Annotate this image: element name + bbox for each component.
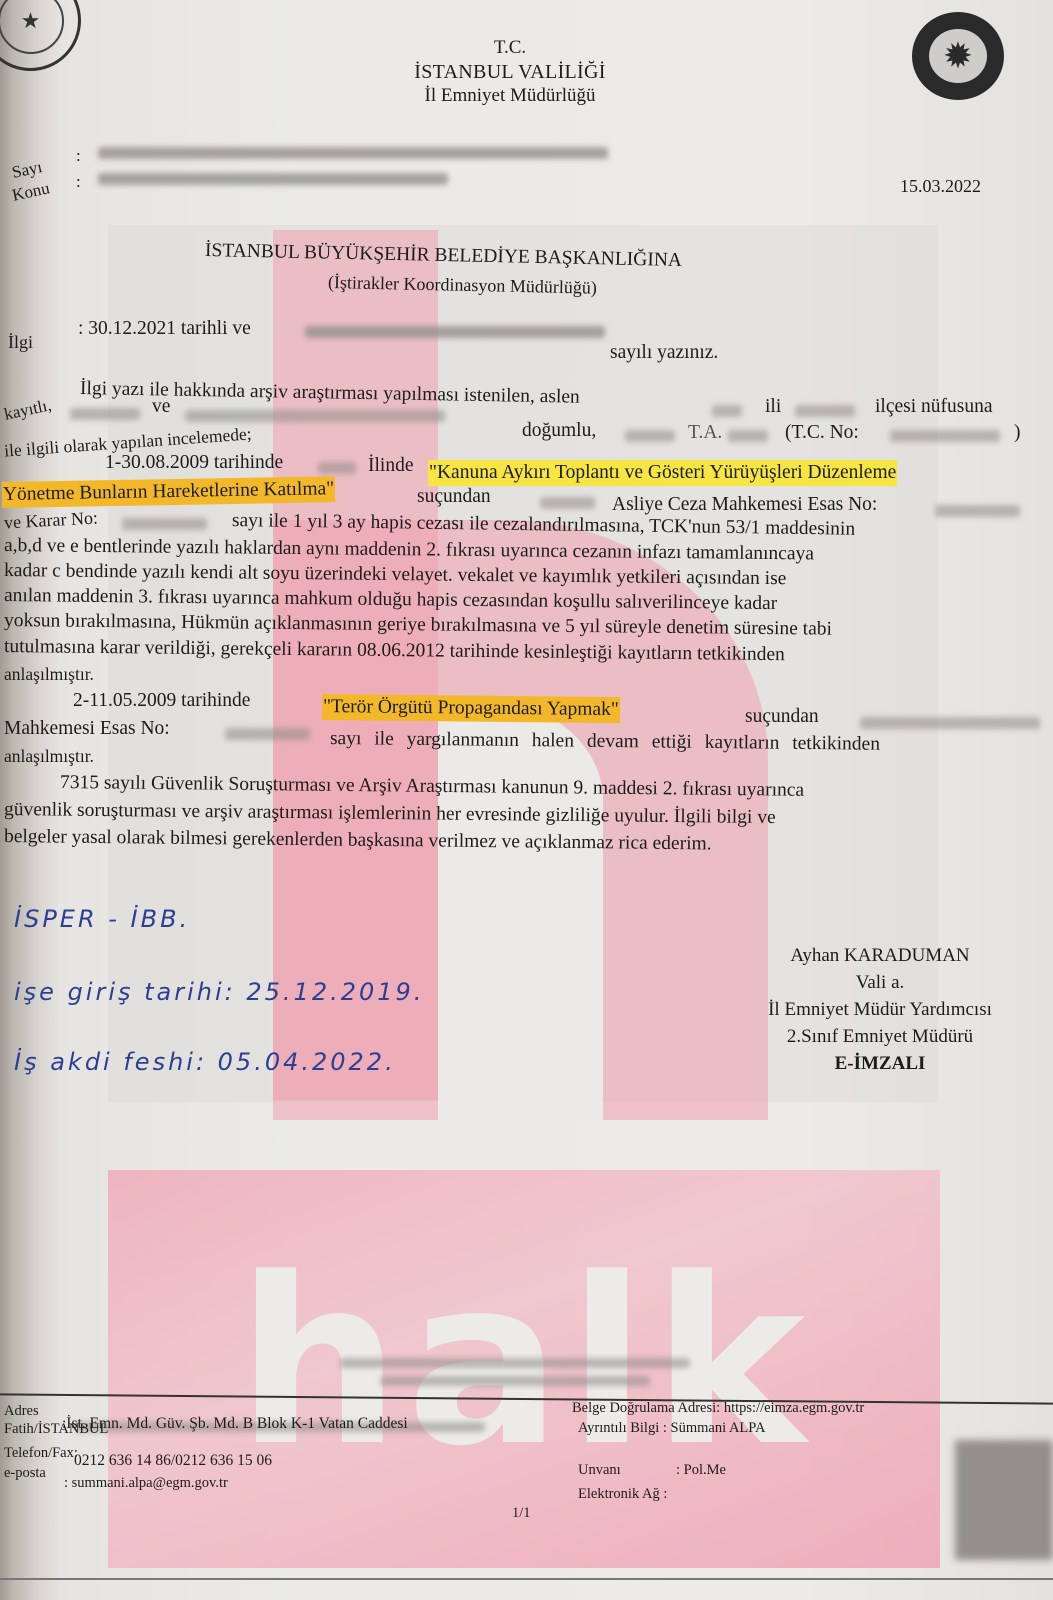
watermark-h-arch-gap <box>438 700 603 1120</box>
body-word: ve <box>152 396 170 418</box>
title-label: Unvanı <box>578 1462 621 1479</box>
signer-name: Ayhan KARADUMAN <box>710 942 1050 969</box>
signature-block: Ayhan KARADUMAN Vali a. İl Emniyet Müdür… <box>710 942 1050 1077</box>
detail-value: Sümmani ALPA <box>671 1420 766 1436</box>
redacted-city <box>712 405 742 417</box>
sayi-colon: : <box>76 146 81 166</box>
konu-colon: : <box>76 172 81 192</box>
redacted-court <box>860 717 1040 729</box>
ilgi-text: : 30.12.2021 tarihli ve <box>78 318 251 340</box>
body-line: anlaşılmıştır. <box>4 746 94 767</box>
redacted-caption <box>380 1376 650 1386</box>
handwritten-note-start-date: işe giriş tarihi: 25.12.2019. <box>14 978 424 1006</box>
redacted-caption <box>340 1358 690 1368</box>
redacted-karar-no <box>122 518 207 530</box>
letterhead: T.C. İSTANBUL VALİLİĞİ İl Emniyet Müdürl… <box>380 36 640 108</box>
case-1-date: 1-30.08.2009 tarihinde <box>105 452 283 474</box>
redacted-tc-number <box>890 430 1000 442</box>
page-number: 1/1 <box>512 1505 531 1522</box>
body-line: anlaşılmıştır. <box>4 664 94 685</box>
country-label: T.C. <box>380 36 640 60</box>
body-word: suçundan <box>417 486 491 508</box>
redacted-parents <box>70 408 140 420</box>
governorship-title: İSTANBUL VALİLİĞİ <box>380 60 640 84</box>
phone-value: 0212 636 14 86/0212 636 15 06 <box>74 1452 272 1470</box>
title-value: : Pol.Me <box>676 1462 726 1479</box>
redacted-surname <box>728 430 768 442</box>
redacted-district <box>795 405 855 417</box>
redacted-esas-no <box>225 728 310 740</box>
redacted-konu <box>98 173 448 185</box>
footer-bottom-edge <box>0 1578 1053 1580</box>
email-label: e-posta <box>4 1465 46 1482</box>
body-word: ve Karar No: <box>4 508 99 534</box>
verify-label: Belge Doğrulama Adresi: https://eimza.eg… <box>572 1400 864 1417</box>
signer-rank: 2.Sınıf Emniyet Müdürü <box>710 1023 1050 1050</box>
redacted-esas-no <box>935 505 1020 517</box>
redacted-name <box>625 430 675 442</box>
network-label: Elektronik Ağ : <box>578 1486 667 1503</box>
body-word: suçundan <box>745 706 819 728</box>
address-value: :İst. Emn. Md. Güv. Şb. Md. B Blok K-1 V… <box>62 1415 408 1433</box>
e-signature-status: E-İMZALI <box>710 1050 1050 1077</box>
redacted-qr-code-icon <box>955 1440 1053 1560</box>
body-word: Asliye Ceza Mahkemesi Esas No: <box>612 494 877 516</box>
verify-label-text: Belge Doğrulama Adresi: <box>572 1400 720 1416</box>
handwritten-note-termination-date: İş akdi feshi: 05.04.2022. <box>14 1048 396 1076</box>
body-word: ilçesi nüfusuna <box>875 396 993 418</box>
handwritten-note-employer: İSPER - İBB. <box>14 905 190 933</box>
ilgi-label: İlgi <box>8 332 33 353</box>
signer-title: İl Emniyet Müdür Yardımcısı <box>710 996 1050 1023</box>
initials: T.A. <box>688 422 722 444</box>
document-date: 15.03.2022 <box>900 176 981 197</box>
redacted-birthdate <box>185 410 445 422</box>
signer-role: Vali a. <box>710 969 1050 996</box>
directorate-title: İl Emniyet Müdürlüğü <box>380 84 640 108</box>
address-label: Adres <box>4 1403 39 1420</box>
body-word: İlinde <box>368 455 413 477</box>
redacted-court <box>540 497 595 509</box>
case-2-charge-highlight: "Terör Örgütü Propagandası Yapmak" <box>322 694 620 723</box>
body-word: kayıtlı, <box>2 395 53 424</box>
body-word: (T.C. No: <box>785 422 859 444</box>
case-1-charge-highlight: "Kanuna Aykırı Toplantı ve Gösteri Yürüy… <box>428 460 897 486</box>
redacted-city <box>318 462 356 474</box>
body-word: ) <box>1014 422 1021 444</box>
detail-label: Ayrıntılı Bilgi : <box>578 1420 667 1436</box>
body-word: ili <box>765 396 781 418</box>
ministry-seal-icon: ★ <box>0 0 81 71</box>
police-seal-icon: ✹ <box>912 12 1004 100</box>
phone-label: Telefon/Fax: <box>4 1445 78 1462</box>
verify-url[interactable]: https://eimza.egm.gov.tr <box>724 1400 864 1416</box>
redacted-ilgi-number <box>305 326 605 338</box>
ilgi-suffix: sayılı yazınız. <box>610 342 718 364</box>
case-2-date: 2-11.05.2009 tarihinde <box>73 690 250 712</box>
address-city: Fatih/İSTANBUL <box>4 1421 108 1438</box>
detail-info: Ayrıntılı Bilgi : Sümmani ALPA <box>578 1420 765 1437</box>
email-value: : summani.alpa@egm.gov.tr <box>64 1475 228 1492</box>
body-word: Mahkemesi Esas No: <box>4 718 170 740</box>
body-word: doğumlu, <box>522 420 596 442</box>
redacted-sayi <box>98 147 608 159</box>
